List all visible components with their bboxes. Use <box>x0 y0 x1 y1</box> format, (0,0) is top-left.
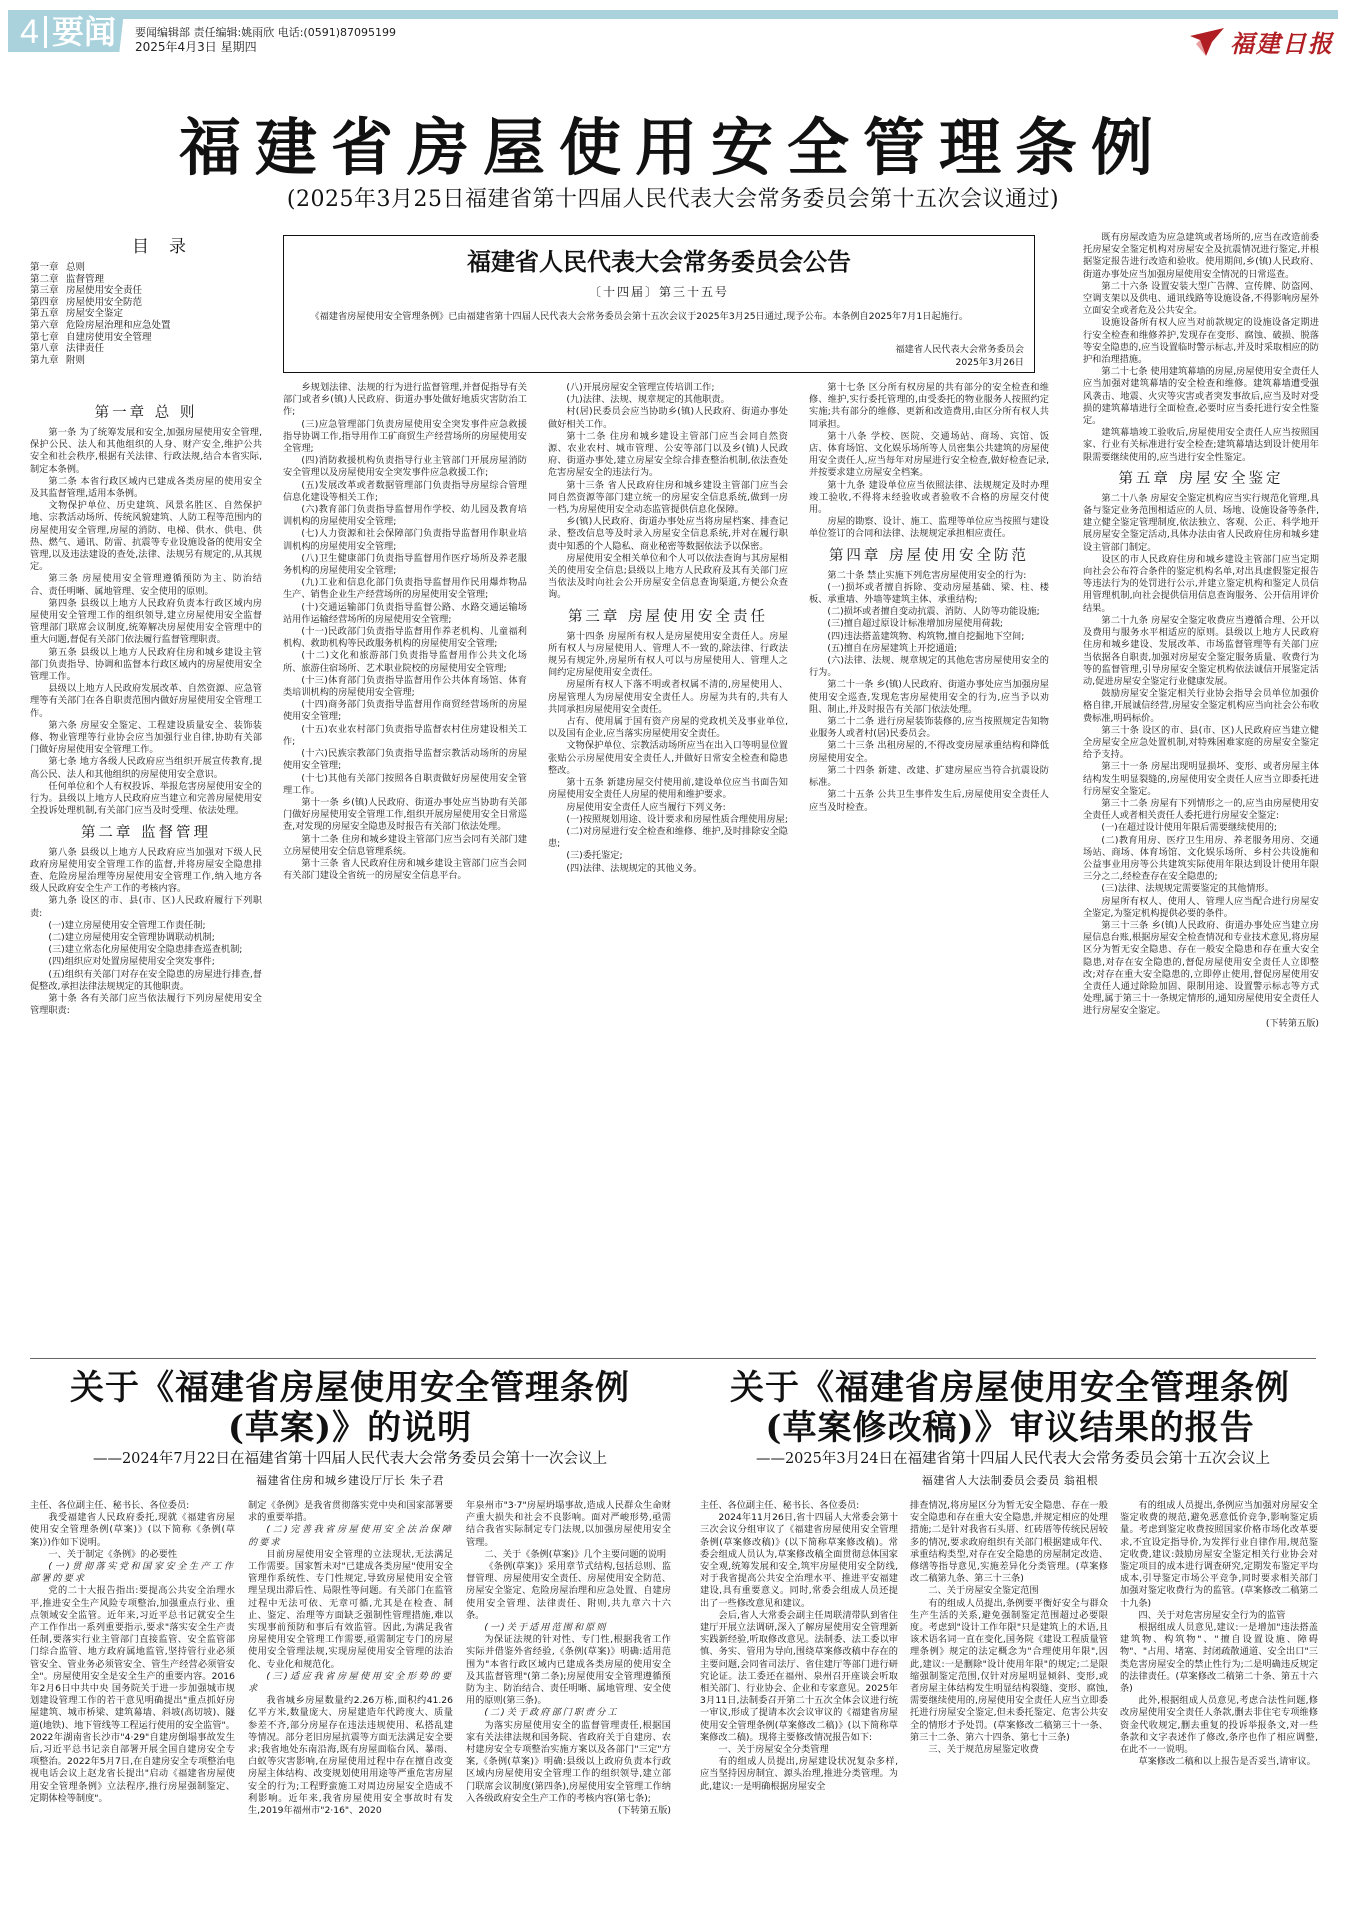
article-paragraph: 我受福建省人民政府委托,现就《福建省房屋使用安全管理条例(草案)》(以下简称《条… <box>30 1512 235 1549</box>
article-paragraph: (二)教育用房、医疗卫生用房、养老服务用房、交通场站、商场、体育场馆、文化娱乐场… <box>1083 835 1319 884</box>
article-paragraph: (一)在超过设计使用年限后需要继续使用的; <box>1083 822 1319 834</box>
article-paragraph: 第十五条 新建房屋交付使用前,建设单位应当书面告知房屋使用安全责任人房屋的使用和… <box>548 777 788 801</box>
article-paragraph: 第五条 县级以上地方人民政府住房和城乡建设主管部门负责指导、协调和监督本行政区域… <box>30 647 262 684</box>
article-paragraph: 乡(镇)人民政府、街道办事处应当将房屋档案、排查记录、整改信息等及时录入房屋安全… <box>548 516 788 553</box>
article-paragraph: 第十四条 房屋所有权人是房屋使用安全责任人。房屋所有权人与房屋使用人、管理人不一… <box>548 631 788 680</box>
article-right-column-1: 主任、各位副主任、秘书长、各位委员: 2024年11月26日,省十四届人大常委会… <box>700 1500 898 1922</box>
article-paragraph: 第三十二条 房屋有下列情形之一的,应当由房屋使用安全责任人或者相关责任人委托进行… <box>1083 798 1319 822</box>
article-paragraph: 2024年11月26日,省十四届人大常委会第十三次会议分组审议了《福建省房屋使用… <box>700 1512 898 1610</box>
article-paragraph: 第十二条 住房和城乡建设主管部门应当会同自然资源、农业农村、城市管理、公安等部门… <box>548 431 788 480</box>
article-paragraph: 有的组成人员提出,房屋建设状况复杂多样,应当坚持因房制宜、源头治理,推进分类管理… <box>700 1756 898 1793</box>
article-right-column-3: 有的组成人员提出,条例应当加强对房屋安全鉴定收费的规范,避免恶意低价竞争,影响鉴… <box>1120 1500 1318 1922</box>
article-paragraph: 第二十二条 进行房屋装饰装修的,应当按照规定告知物业服务人或者村(居)民委员会。 <box>809 716 1049 740</box>
chapter-heading: 第二章 监督管理 <box>30 821 262 845</box>
sign-date: 2025年3月26日 <box>895 356 1024 369</box>
article-paragraph: (十三)体育部门负责指导监督用作公共体育场馆、体育类培训机构的房屋使用安全管理; <box>283 675 527 699</box>
article-paragraph: 主任、各位副主任、秘书长、各位委员: <box>30 1500 235 1512</box>
article-paragraph: 第十七条 区分所有权房屋的共有部分的安全检查和维修、维护,实行委托管理的,由受委… <box>809 382 1049 431</box>
section-divider <box>30 1358 1316 1359</box>
article-paragraph: (十六)民族宗教部门负责指导监督宗教活动场所的房屋使用安全管理; <box>283 748 527 772</box>
article-paragraph: (二)建立房屋使用安全管理协调联动机制; <box>30 932 262 944</box>
article-subheading: (一)关于适用范围和原则 <box>466 1622 671 1634</box>
article-paragraph: (六)法律、法规、规章规定的其他危害房屋使用安全的行为。 <box>809 655 1049 679</box>
section-name: 要闻 <box>52 12 116 52</box>
article-subheading: (三)适应我省房屋使用安全形势的要求 <box>248 1671 453 1695</box>
article-subheading: 一、关于房屋安全分类管理 <box>700 1744 898 1756</box>
article-paragraph: 一、关于制定《条例》的必要性 <box>30 1549 235 1561</box>
article-subheading: (二)完善我省房屋使用安全法治保障的要求 <box>248 1524 453 1548</box>
article-subheading: 三、关于规范房屋鉴定收费 <box>910 1744 1108 1756</box>
chapter-heading: 第四章 房屋使用安全防范 <box>809 544 1049 568</box>
toc-item: 第五章房屋安全鉴定 <box>30 308 278 320</box>
page-number: 4 <box>20 12 39 52</box>
logo-text: 福建日报 <box>1230 24 1334 59</box>
article-paragraph: 根据组成人员意见,建议:一是增加"违法搭盖建筑物、构筑物"、"擅自设置设施、障碍… <box>1120 1622 1318 1695</box>
article-paragraph: 第十条 各有关部门应当依法履行下列房屋使用安全管理职责: <box>30 993 262 1017</box>
regulation-column-4: 第十七条 区分所有权房屋的共有部分的安全检查和维修、维护,实行委托管理的,由受委… <box>809 382 1049 1348</box>
article-paragraph: (二)损坏或者擅自变动抗震、消防、人防等功能设施; <box>809 606 1049 618</box>
article-paragraph: (九)工业和信息化部门负责指导监督用作民用爆炸物品生产、销售企业生产经营场所的房… <box>283 577 527 601</box>
article-paragraph: 房屋的勘察、设计、施工、监理等单位应当按照与建设单位签订的合同和法律、法规规定承… <box>809 516 1049 540</box>
regulation-column-5: 既有房屋改造为应急建筑或者场所的,应当在改造前委托房屋安全鉴定机构对房屋安全及抗… <box>1083 232 1319 1348</box>
article-paragraph: 设施设备所有权人应当对前款规定的设施设备定期进行安全检查和维修养护,发现存在变形… <box>1083 317 1319 366</box>
article-paragraph: 既有房屋改造为应急建筑或者场所的,应当在改造前委托房屋安全鉴定机构对房屋安全及抗… <box>1083 232 1319 281</box>
article-paragraph: 第九条 设区的市、县(市、区)人民政府履行下列职责: <box>30 895 262 919</box>
article-paragraph: 第三十一条 房屋出现明显损坏、变形、或者房屋主体结构发生明显裂缝的,房屋使用安全… <box>1083 761 1319 798</box>
article-paragraph: 第四条 县级以上地方人民政府负责本行政区域内房屋使用安全管理工作的组织领导,建立… <box>30 598 262 647</box>
article-paragraph: (九)法律、法规、规章规定的其他职责。 <box>548 394 788 406</box>
article-paragraph: (四)违法搭盖建筑物、构筑物,擅自挖掘地下空间; <box>809 631 1049 643</box>
toc-name: 总则 <box>66 262 278 274</box>
toc-item: 第七章自建房使用安全管理 <box>30 332 278 344</box>
article-paragraph: 第八条 县级以上地方人民政府应当加强对下级人民政府房屋使用安全管理工作的监督,并… <box>30 847 262 896</box>
article-paragraph: 设区的市人民政府住房和城乡建设主管部门应当定期向社会公布符合条件的鉴定机构名单,… <box>1083 554 1319 615</box>
article-paragraph: 有的组成人员提出,条例应当加强对房屋安全鉴定收费的规范,避免恶意低价竞争,影响鉴… <box>1120 1500 1318 1610</box>
table-of-contents: 目录 第一章总则 第二章监督管理 第三章房屋使用安全责任 第四章房屋使用安全防范… <box>30 236 278 366</box>
regulation-column-3: (八)开展房屋安全管理宣传培训工作; (九)法律、法规、规章规定的其他职责。 村… <box>548 382 788 1348</box>
chapter-heading: 第一章 总 则 <box>30 401 262 425</box>
article-paragraph: (三)擅自超过原设计标准增加房屋使用荷载; <box>809 618 1049 630</box>
article-paragraph: (八)卫生健康部门负责指导监督用作医疗场所及养老服务机构的房屋使用安全管理; <box>283 553 527 577</box>
article-paragraph: 第二十七条 使用建筑幕墙的房屋,房屋使用安全责任人应当加强对建筑幕墙的安全检查和… <box>1083 366 1319 427</box>
article-paragraph: 制定《条例》是我省贯彻落实党中央和国家部署要求的重要举措。 <box>248 1500 453 1524</box>
article-paragraph: 房屋使用安全相关单位和个人可以依法查询与其房屋相关的使用安全信息;县级以上地方人… <box>548 553 788 602</box>
article-right-title-line2: (草案修改稿)》审议结果的报告 <box>690 1408 1330 1448</box>
article-paragraph: 第二十一条 乡(镇)人民政府、街道办事处应当加强房屋使用安全巡查,发现危害房屋使… <box>809 679 1049 716</box>
article-left-author: 福建省住房和城乡建设厅厅长 朱子君 <box>30 1474 670 1488</box>
issue-date: 2025年4月3日 星期四 <box>135 40 396 54</box>
article-paragraph: 第二十四条 新建、改建、扩建房屋应当符合抗震设防标准。 <box>809 765 1049 789</box>
article-paragraph: 第三十条 设区的市、县(市、区)人民政府应当建立健全房屋安全应急处置机制,对特殊… <box>1083 725 1319 762</box>
article-paragraph: 村(居)民委员会应当协助乡(镇)人民政府、街道办事处做好相关工作。 <box>548 406 788 430</box>
article-paragraph: (七)人力资源和社会保障部门负责指导监督用作职业培训机构的房屋使用安全管理; <box>283 528 527 552</box>
article-paragraph: 房屋所有权人下落不明或者权属不清的,房屋使用人、房屋管理人为房屋使用安全责任人。… <box>548 679 788 716</box>
signer: 福建省人民代表大会常务委员会 <box>895 343 1024 356</box>
announcement-box: 福建省人民代表大会常务委员会公告 〔十四届〕第三十五号 《福建省房屋使用安全管理… <box>283 235 1035 373</box>
article-left-column-2: 制定《条例》是我省贯彻落实党中央和国家部署要求的重要举措。 (二)完善我省房屋使… <box>248 1500 453 1922</box>
article-paragraph: 排查情况,将房屋区分为暂无安全隐患、存在一般安全隐患和存在重大安全隐患,并规定相… <box>910 1500 1108 1585</box>
article-paragraph: (十四)商务部门负责指导监督用作商贸经营场所的房屋使用安全管理; <box>283 699 527 723</box>
article-paragraph: (六)教育部门负责指导监督用作学校、幼儿园及教育培训机构的房屋使用安全管理; <box>283 504 527 528</box>
article-paragraph: (十一)民政部门负责指导监督用作养老机构、儿童福利机构、救助机构等民政服务机构的… <box>283 626 527 650</box>
article-paragraph: 任何单位和个人有权投诉、举报危害房屋使用安全的行为。县级以上地方人民政府应当建立… <box>30 781 262 818</box>
article-paragraph: 第七条 地方各级人民政府应当组织开展宣传教育,提高公民、法人和其他组织的房屋使用… <box>30 756 262 780</box>
article-paragraph: 第二十九条 房屋安全鉴定收费应当遵循合理、公开以及费用与服务水平相适应的原则。县… <box>1083 615 1319 688</box>
article-paragraph: 此外,根据组成人员意见,考虑合法性问题,修改房屋使用安全责任人条款,删去非住宅专… <box>1120 1695 1318 1756</box>
continued-note: (下转第五版) <box>1083 1018 1319 1030</box>
chapter-heading: 第三章 房屋使用安全责任 <box>548 605 788 629</box>
article-paragraph: 第二十五条 公共卫生事件发生后,房屋使用安全责任人应当及时检查。 <box>809 789 1049 813</box>
continued-note: (下转第五版) <box>466 1805 671 1817</box>
article-paragraph: 目前房屋使用安全管理的立法现状,无法满足工作需要。国家暂未对"已建成各类房屋"使… <box>248 1549 453 1671</box>
article-paragraph: 县级以上地方人民政府发展改革、自然资源、应急管理等有关部门在各自职责范围内做好房… <box>30 683 262 720</box>
editorial-info: 要闻编辑部 责任编辑:姚雨欣 电话:(0591)87095199 2025年4月… <box>135 26 396 54</box>
article-paragraph: (八)开展房屋安全管理宣传培训工作; <box>548 382 788 394</box>
article-right-subtitle: ——2025年3月24日在福建省第十四届人民代表大会常务委员会第十五次会议上 <box>680 1450 1346 1468</box>
article-paragraph: (四)法律、法规规定的其他义务。 <box>548 863 788 875</box>
toc-name: 房屋安全鉴定 <box>66 308 278 320</box>
article-subheading: (一)贯彻落实党和国家安全生产工作部署的要求 <box>30 1561 235 1585</box>
article-left-column-3: 年泉州市"3·7"房屋坍塌事故,造成人民群众生命财产重大损失和社会不良影响。面对… <box>466 1500 671 1922</box>
article-paragraph: 二、关于《条例(草案)》几个主要问题的说明 <box>466 1549 671 1561</box>
masthead: 4 要闻 要闻编辑部 责任编辑:姚雨欣 电话:(0591)87095199 20… <box>0 0 1346 60</box>
toc-item: 第三章房屋使用安全责任 <box>30 285 278 297</box>
article-paragraph: 乡规划法律、法规的行为进行监督管理,并督促指导有关部门或者乡(镇)人民政府、街道… <box>283 382 527 419</box>
article-paragraph: 第六条 房屋安全鉴定、工程建设质量安全、装饰装修、物业管理等行业协会应当加强行业… <box>30 720 262 757</box>
article-paragraph: (二)对房屋进行安全检查和维修、维护,及时排除安全隐患; <box>548 826 788 850</box>
article-paragraph: 会后,省人大常委会副主任周联清带队到省住建厅开展立法调研,深入了解房屋使用安全管… <box>700 1610 898 1744</box>
article-paragraph: (十七)其他有关部门按照各自职责做好房屋使用安全管理工作。 <box>283 773 527 797</box>
article-paragraph: 主任、各位副主任、秘书长、各位委员: <box>700 1500 898 1512</box>
article-right-title: 关于《福建省房屋使用安全管理条例 (草案修改稿)》审议结果的报告 <box>690 1368 1330 1448</box>
toc-name: 监督管理 <box>66 274 278 286</box>
toc-num: 第一章 <box>30 262 66 274</box>
article-paragraph: 第十二条 住房和城乡建设主管部门应当会同有关部门建立房屋使用安全信息管理系统。 <box>283 834 527 858</box>
toc-item: 第一章总则 <box>30 262 278 274</box>
article-paragraph: (三)法律、法规规定需要鉴定的其他情形。 <box>1083 883 1319 895</box>
announcement-number: 〔十四届〕第三十五号 <box>284 284 1034 300</box>
article-paragraph: 第三条 房屋使用安全管理遵循预防为主、防治结合、责任明晰、属地管理、安全使用的原… <box>30 573 262 597</box>
toc-item: 第八章法律责任 <box>30 343 278 355</box>
article-paragraph: 《条例(草案)》采用章节式结构,包括总则、监督管理、房屋使用安全责任、房屋使用安… <box>466 1561 671 1622</box>
regulation-column-2: 乡规划法律、法规的行为进行监督管理,并督促指导有关部门或者乡(镇)人民政府、街道… <box>283 382 527 1348</box>
article-paragraph: 有的组成人员提出,条例要平衡好安全与群众生产生活的关系,避免强制鉴定范围超过必要… <box>910 1598 1108 1744</box>
article-subheading: 四、关于对危害房屋安全行为的监管 <box>1120 1610 1318 1622</box>
article-paragraph: (十)交通运输部门负责指导监督公路、水路交通运输场站用作运输经营场所的房屋使用安… <box>283 602 527 626</box>
toc-num: 第九章 <box>30 355 66 367</box>
article-paragraph: 文物保护单位、历史建筑、风景名胜区、自然保护地、宗教活动场所、传统风貌建筑、人防… <box>30 500 262 573</box>
logo-mark-icon <box>1190 28 1224 56</box>
page-title: 福建省房屋使用安全管理条例 <box>0 110 1346 186</box>
toc-item: 第九章附则 <box>30 355 278 367</box>
article-paragraph: 第一条 为了统筹发展和安全,加强房屋使用安全管理,保护公民、法人和其他组织的人身… <box>30 427 262 476</box>
article-right-column-2: 排查情况,将房屋区分为暂无安全隐患、存在一般安全隐患和存在重大安全隐患,并规定相… <box>910 1500 1108 1922</box>
masthead-band <box>8 10 1338 19</box>
article-paragraph: (四)组织应对处置房屋使用安全突发事件; <box>30 956 262 968</box>
article-paragraph: 草案修改二稿和以上报告是否妥当,请审议。 <box>1120 1756 1318 1768</box>
article-left-title: 关于《福建省房屋使用安全管理条例 (草案)》的说明 <box>30 1368 670 1448</box>
article-paragraph: 文物保护单位、宗教活动场所应当在出入口等明显位置张贴公示房屋使用安全责任人,并做… <box>548 740 788 777</box>
article-paragraph: 第二十八条 房屋安全鉴定机构应当实行规范化管理,具备与鉴定业务范围相适应的人员、… <box>1083 493 1319 554</box>
article-paragraph: 为保证法规的针对性、专门性,根据我省工作实际并借鉴外省经验,《条例(草案)》明确… <box>466 1634 671 1707</box>
toc-item: 第二章监督管理 <box>30 274 278 286</box>
article-paragraph: (五)组织有关部门对存在安全隐患的房屋进行排查,督促整改,承担法律法规规定的其他… <box>30 969 262 993</box>
toc-num: 第八章 <box>30 343 66 355</box>
article-paragraph: 为落实房屋使用安全的监督管理责任,根据国家有关法律法规和国务院、省政府关于自建房… <box>466 1720 671 1805</box>
editorial-line: 要闻编辑部 责任编辑:姚雨欣 电话:(0591)87095199 <box>135 26 396 40</box>
toc-title: 目录 <box>30 236 278 258</box>
article-paragraph: 第二十条 禁止实施下列危害房屋使用安全的行为: <box>809 570 1049 582</box>
article-paragraph: 第二条 本省行政区域内已建成各类房屋的使用安全及其监督管理,适用本条例。 <box>30 476 262 500</box>
toc-name: 房屋使用安全责任 <box>66 285 278 297</box>
article-paragraph: (十二)文化和旅游部门负责指导监督用作公共文化场所、旅游住宿场所、艺术职业院校的… <box>283 650 527 674</box>
article-paragraph: (四)消防救援机构负责指导行业主管部门开展房屋消防安全管理以及房屋使用安全突发事… <box>283 455 527 479</box>
article-paragraph: 年泉州市"3·7"房屋坍塌事故,造成人民群众生命财产重大损失和社会不良影响。面对… <box>466 1500 671 1549</box>
article-left-title-line1: 关于《福建省房屋使用安全管理条例 <box>30 1368 670 1408</box>
article-paragraph: (三)建立常态化房屋使用安全隐患排查巡查机制; <box>30 944 262 956</box>
article-paragraph: 第二十三条 出租房屋的,不得改变房屋承重结构和降低房屋使用安全。 <box>809 740 1049 764</box>
article-paragraph: 第十九条 建设单位应当依照法律、法规规定及时办理竣工验收,不得将未经验收或者验收… <box>809 480 1049 517</box>
toc-num: 第二章 <box>30 274 66 286</box>
article-paragraph: 第十三条 省人民政府住房和城乡建设主管部门应当会同有关部门建设全省统一的房屋安全… <box>283 858 527 882</box>
article-left-subtitle: ——2024年7月22日在福建省第十四届人民代表大会常务委员会第十一次会议上 <box>20 1450 680 1468</box>
newspaper-logo: 福建日报 <box>1190 22 1340 58</box>
chapter-heading: 第五章 房屋安全鉴定 <box>1083 467 1319 491</box>
toc-item: 第四章房屋使用安全防范 <box>30 297 278 309</box>
article-paragraph: (一)按照规划用途、设计要求和房屋性质合理使用房屋; <box>548 814 788 826</box>
article-paragraph: (一)建立房屋使用安全管理工作责任制; <box>30 920 262 932</box>
toc-name: 危险房屋治理和应急处置 <box>66 320 278 332</box>
toc-name: 法律责任 <box>66 343 278 355</box>
article-paragraph: (十五)农业农村部门负责指导监督农村住房建设相关工作; <box>283 724 527 748</box>
article-paragraph: (一)损坏或者擅自拆除、变动房屋基础、梁、柱、楼板、承重墙、外墙等建筑主体、承重… <box>809 582 1049 606</box>
article-paragraph: (五)发展改革或者数据管理部门负责指导房屋综合管理信息化建设等相关工作; <box>283 480 527 504</box>
toc-num: 第五章 <box>30 308 66 320</box>
article-paragraph: 建筑幕墙竣工验收后,房屋使用安全责任人应当按照国家、行业有关标准进行安全检查;建… <box>1083 427 1319 464</box>
article-paragraph: 第十三条 省人民政府住房和城乡建设主管部门应当会同自然资源等部门建立统一的房屋安… <box>548 480 788 517</box>
page-subtitle: (2025年3月25日福建省第十四届人民代表大会常务委员会第十五次会议通过) <box>0 186 1346 214</box>
article-paragraph: 占有、使用属于国有资产房屋的党政机关及事业单位,以及国有企业,应当落实房屋使用安… <box>548 716 788 740</box>
divider <box>44 16 47 48</box>
article-paragraph: 鼓励房屋安全鉴定相关行业协会指导会员单位加强价格自律,开展诚信经营,房屋安全鉴定… <box>1083 688 1319 725</box>
article-left-title-line2: (草案)》的说明 <box>30 1408 670 1448</box>
toc-name: 附则 <box>66 355 278 367</box>
toc-num: 第六章 <box>30 320 66 332</box>
toc-num: 第四章 <box>30 297 66 309</box>
announcement-title: 福建省人民代表大会常务委员会公告 <box>284 246 1034 278</box>
announcement-signature: 福建省人民代表大会常务委员会 2025年3月26日 <box>895 343 1024 369</box>
article-paragraph: 我省城乡房屋数量约2.26万栋,面积约41.26亿平方米,数量庞大、房屋建造年代… <box>248 1695 453 1817</box>
regulation-column-1: 第一章 总 则 第一条 为了统筹发展和安全,加强房屋使用安全管理,保护公民、法人… <box>30 398 262 1348</box>
announcement-body: 《福建省房屋使用安全管理条例》已由福建省第十四届人民代表大会常务委员会第十五次会… <box>292 310 1028 323</box>
article-paragraph: 党的二十大报告指出:要提高公共安全治理水平,推进安全生产风险专项整治,加强重点行… <box>30 1585 235 1805</box>
article-paragraph: 第二十六条 设置安装大型广告牌、宣传牌、防盗网、空调支架以及供电、通讯线路等设施… <box>1083 281 1319 318</box>
article-subheading: 二、关于房屋安全鉴定范围 <box>910 1585 1108 1597</box>
article-paragraph: 第三十三条 乡(镇)人民政府、街道办事处应当建立房屋信息台账,根据房屋安全检查情… <box>1083 920 1319 1018</box>
toc-name: 房屋使用安全防范 <box>66 297 278 309</box>
article-paragraph: (三)委托鉴定; <box>548 850 788 862</box>
article-paragraph: 房屋使用安全责任人应当履行下列义务: <box>548 802 788 814</box>
article-left-column-1: 主任、各位副主任、秘书长、各位委员: 我受福建省人民政府委托,现就《福建省房屋使… <box>30 1500 235 1922</box>
toc-num: 第七章 <box>30 332 66 344</box>
article-paragraph: (三)应急管理部门负责房屋使用安全突发事件应急救援指导协调工作,指导用作工矿商贸… <box>283 419 527 456</box>
article-right-author: 福建省人大法制委员会委员 翁祖根 <box>690 1474 1330 1488</box>
article-right-title-line1: 关于《福建省房屋使用安全管理条例 <box>690 1368 1330 1408</box>
toc-num: 第三章 <box>30 285 66 297</box>
article-subheading: (二)关于政府部门职责分工 <box>466 1707 671 1719</box>
article-paragraph: 第十八条 学校、医院、交通场站、商场、宾馆、饭店、体育场馆、文化娱乐场所等人员密… <box>809 431 1049 480</box>
toc-item: 第六章危险房屋治理和应急处置 <box>30 320 278 332</box>
article-paragraph: (五)擅自在房屋建筑上开挖通道; <box>809 643 1049 655</box>
article-paragraph: 房屋所有权人、使用人、管理人应当配合进行房屋安全鉴定,为鉴定机构提供必要的条件。 <box>1083 896 1319 920</box>
article-paragraph: 第十一条 乡(镇)人民政府、街道办事处应当协助有关部门做好房屋使用安全管理工作,… <box>283 797 527 834</box>
toc-name: 自建房使用安全管理 <box>66 332 278 344</box>
